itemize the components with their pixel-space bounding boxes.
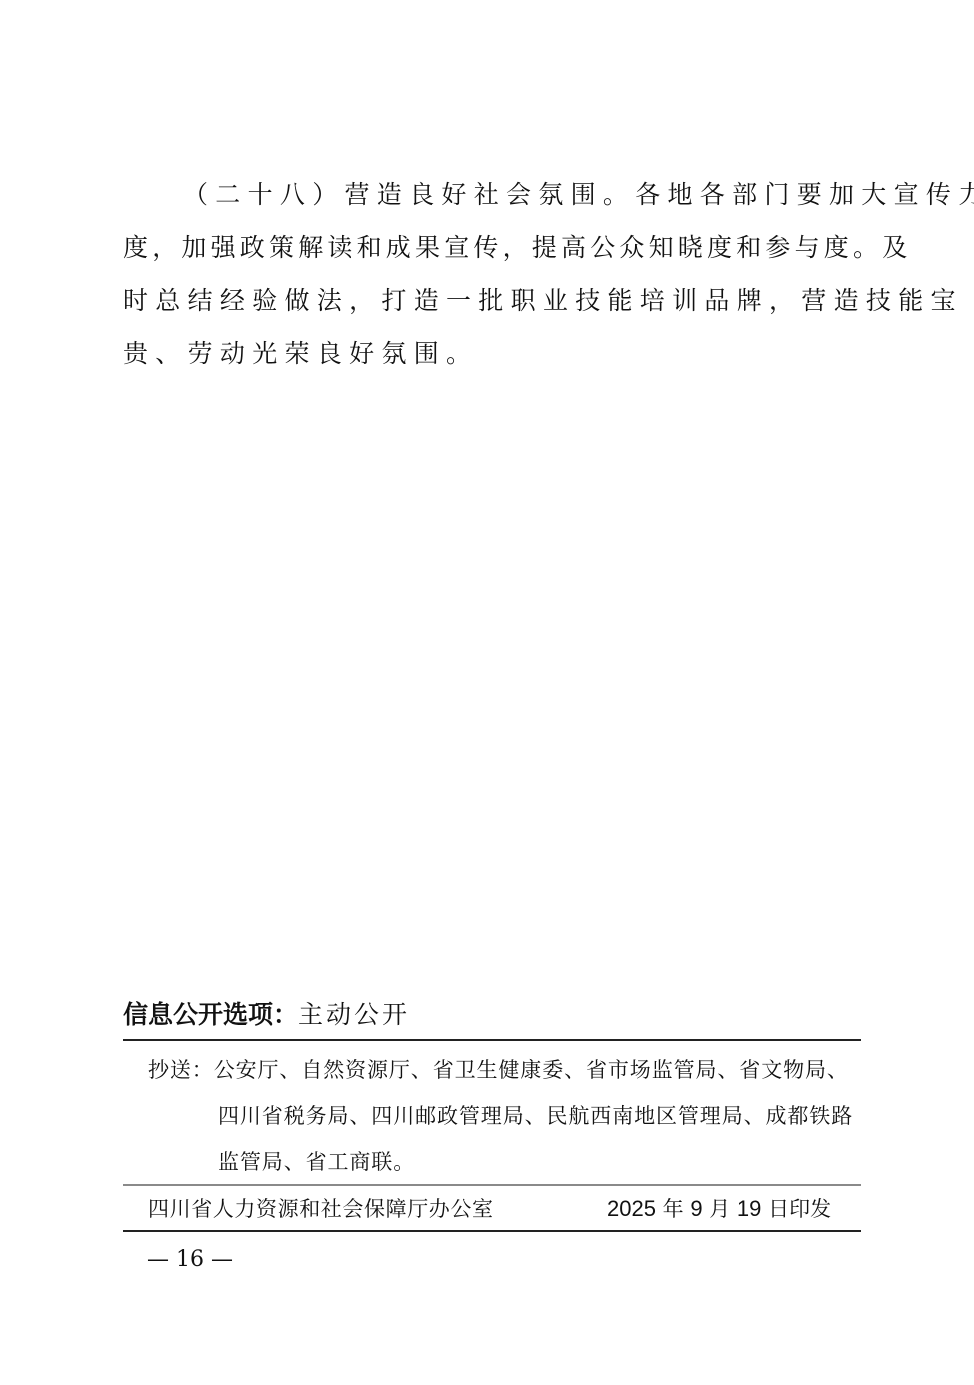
issue-year: 2025 — [607, 1196, 656, 1221]
paragraph-line: 度，加强政策解读和成果宣传，提高公众知晓度和参与度。及 — [123, 221, 863, 274]
disclosure-option: 信息公开选项：主动公开 — [123, 998, 410, 1032]
month-unit: 月 — [703, 1197, 737, 1221]
paragraph-line: （二十八）营造良好社会氛围。各地各部门要加大宣传力 — [123, 168, 863, 221]
issue-month: 9 — [690, 1196, 702, 1221]
page-number: — 16 — — [147, 1245, 233, 1275]
cc-line: 监管局、省工商联。 — [148, 1139, 853, 1185]
disclosure-label: 信息公开选项： — [123, 1000, 298, 1029]
paragraph-line: 贵、劳动光荣良好氛围。 — [123, 327, 863, 380]
year-unit: 年 — [656, 1197, 690, 1221]
body-paragraph: （二十八）营造良好社会氛围。各地各部门要加大宣传力 度，加强政策解读和成果宣传，… — [123, 168, 863, 380]
cc-row: 抄送：公安厅、自然资源厅、省卫生健康委、省市场监管局、省文物局、 — [148, 1047, 853, 1093]
divider-bottom — [123, 1230, 861, 1232]
issue-day: 19 — [737, 1196, 761, 1221]
cc-list: 抄送：公安厅、自然资源厅、省卫生健康委、省市场监管局、省文物局、 四川省税务局、… — [148, 1047, 853, 1185]
divider-middle — [123, 1184, 861, 1186]
issue-date: 2025 年 9 月 19 日印发 — [607, 1192, 831, 1226]
document-page: （二十八）营造良好社会氛围。各地各部门要加大宣传力 度，加强政策解读和成果宣传，… — [0, 0, 974, 1385]
disclosure-value: 主动公开 — [298, 1000, 410, 1029]
cc-line: 公安厅、自然资源厅、省卫生健康委、省市场监管局、省文物局、 — [214, 1058, 849, 1082]
cc-label: 抄送： — [148, 1058, 214, 1082]
cc-line: 四川省税务局、四川邮政管理局、民航西南地区管理局、成都铁路 — [148, 1093, 853, 1139]
divider-top — [123, 1039, 861, 1041]
issuing-office: 四川省人力资源和社会保障厅办公室 — [148, 1192, 494, 1226]
paragraph-line: 时总结经验做法，打造一批职业技能培训品牌，营造技能宝 — [123, 274, 863, 327]
day-unit: 日印发 — [761, 1197, 831, 1221]
